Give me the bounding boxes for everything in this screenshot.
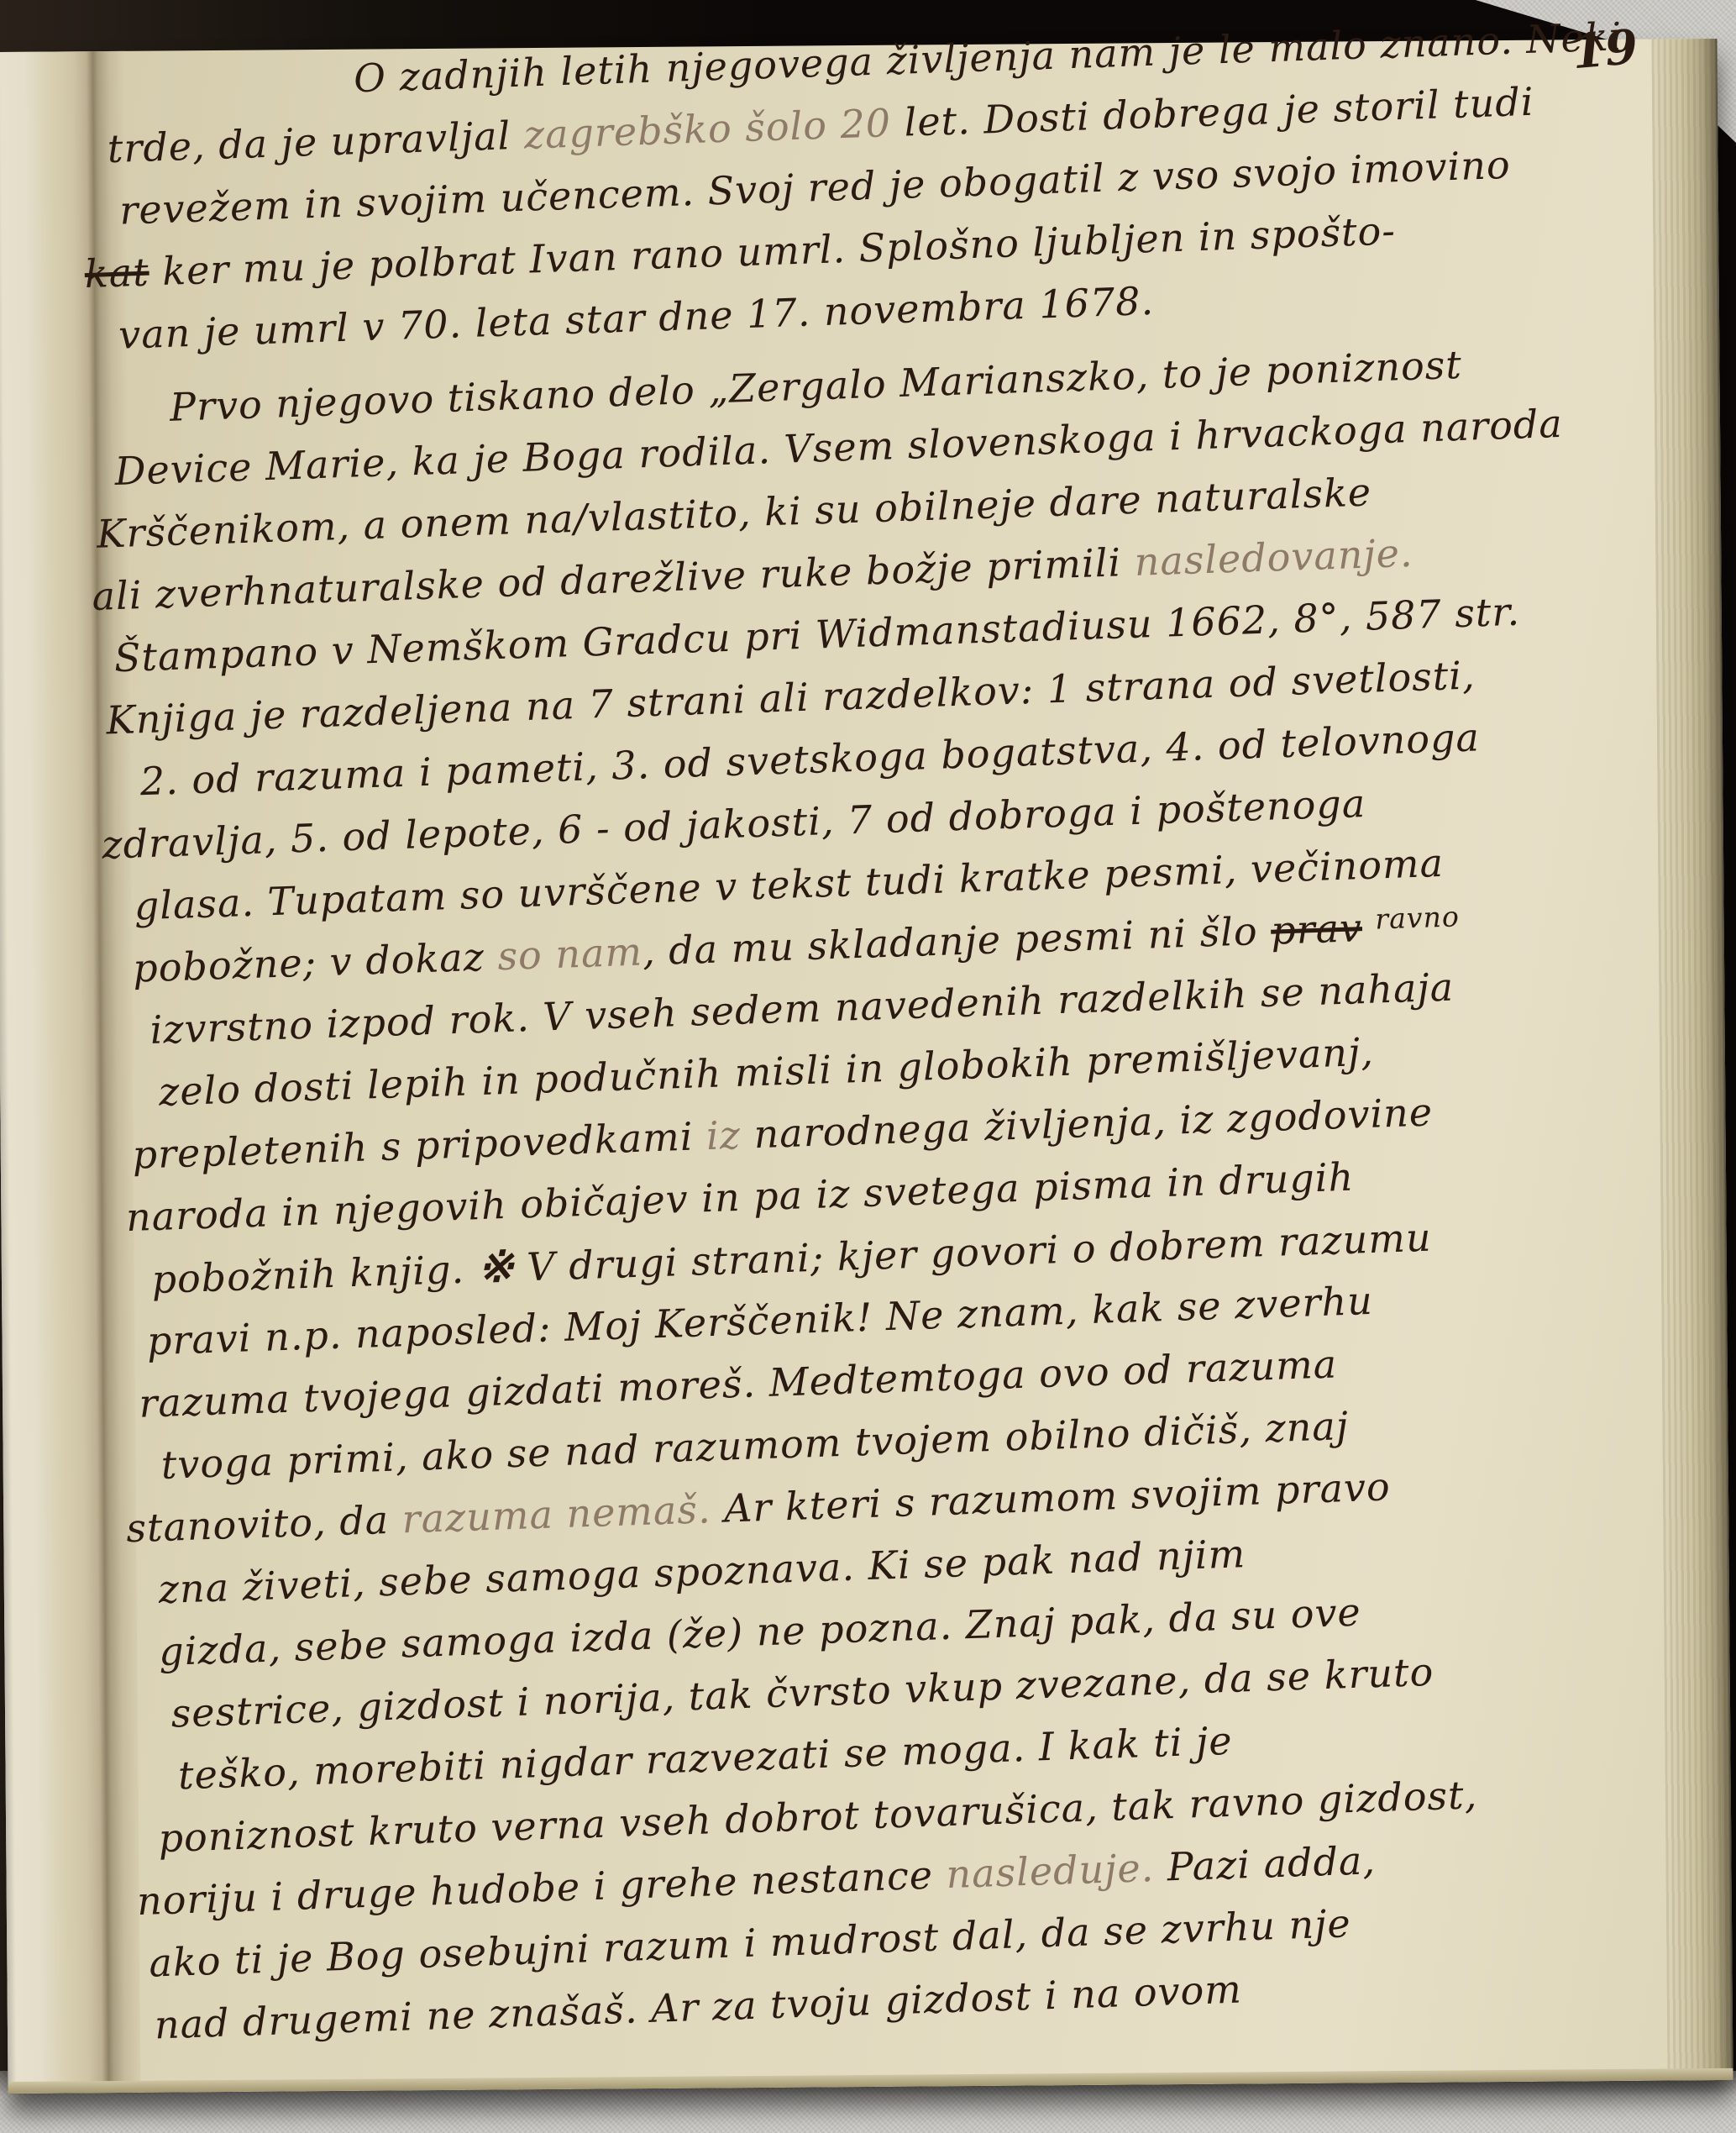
text-segment: pobožne; v dokaz [132,933,498,990]
manuscript-photo: 19 O zadnjih letih njegovega življenja n… [0,0,1736,2133]
page-number: 19 [1570,19,1639,81]
text-segment: trde, da je upravljal [107,113,525,171]
text-segment: pobožnih knjig. [151,1246,479,1302]
pencil-correction: nasleduje. [946,1845,1155,1897]
text-segment: prepletenih s pripovedkami [132,1113,707,1178]
manuscript-text: O zadnjih letih njegovega življenja nam … [92,5,1695,2056]
struck-word: kat [84,250,150,297]
text-segment: Pazi adda, [1153,1837,1377,1890]
pencil-correction: iz [705,1112,742,1158]
text-segment: stanovito, da [125,1496,402,1551]
pencil-correction: razuma nemaš. [401,1486,712,1542]
pencil-correction: zagrebško šolo 20 [523,100,892,157]
pencil-correction: nasledovanje. [1134,530,1413,585]
insertion-mark: ※ [477,1242,515,1293]
superscript-correction: ravno [1375,900,1461,935]
struck-word: prav [1270,905,1363,954]
pencil-correction: so nam [497,929,643,980]
